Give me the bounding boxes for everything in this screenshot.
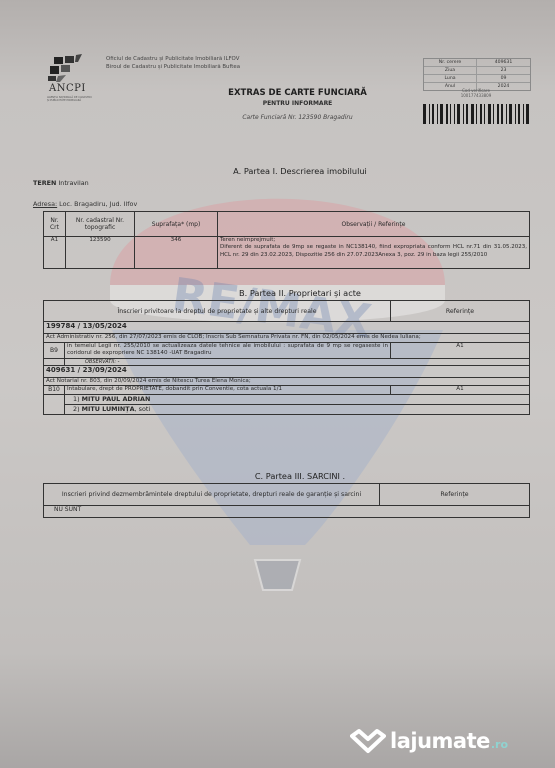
table-header-row: Înscrieri privitoare la dreptul de propr… <box>44 301 530 322</box>
verification-code: Cod verificare 100177433809 <box>423 88 529 98</box>
encumbrances-table: Inscrieri privind dezmembrămintele drept… <box>43 483 530 518</box>
entry-number-row: 199784 / 13/05/2024 <box>44 322 530 334</box>
part-c-heading: C. Partea III. SARCINI . <box>180 471 420 481</box>
table-row: B10 Intabulare, drept de PROPRIETATE, do… <box>44 386 530 395</box>
property-address: Adresa: Loc. Bragadiru, Jud. Ilfov <box>33 200 137 208</box>
observations-cell: Teren neimprejmuit;Diferent de suprafata… <box>218 237 530 269</box>
owners-acts-table: Înscrieri privitoare la dreptul de propr… <box>43 300 530 415</box>
ancpi-logo-text: ANCPI <box>49 83 86 94</box>
act-row: Act Notarial nr. 803, din 20/09/2024 emi… <box>44 377 530 386</box>
office-line-2: Biroul de Cadastru și Publicitate Imobil… <box>106 63 240 71</box>
owner-row: 1) MITU PAUL ADRIAN <box>44 394 530 404</box>
lajumate-watermark: lajumate.ro <box>350 728 508 754</box>
observations-row: OBSERVATII: - <box>44 358 530 365</box>
request-row-number: Nr. cerere409631 <box>424 59 530 67</box>
ancpi-logo-subtext: AGENȚIA NAȚIONALĂ DE CADASTRU ȘI PUBLICI… <box>47 96 93 102</box>
request-row-month: Luna09 <box>424 75 530 83</box>
document-subtitle: PENTRU INFORMARE <box>180 100 415 107</box>
act-row: Act Administrativ nr. 256, din 27/07/202… <box>44 334 530 343</box>
table-header-row: Nr. Crt Nr. cadastral Nr. topografic Sup… <box>44 212 530 237</box>
office-line-1: Oficiul de Cadastru și Publicitate Imobi… <box>106 55 240 63</box>
barcode-icon <box>423 104 529 124</box>
entry-number-row: 409631 / 23/09/2024 <box>44 365 530 377</box>
table-row: B9 in temeiul Legii nr. 255/2010 se actu… <box>44 342 530 358</box>
document-title: EXTRAS DE CARTE FUNCIARĂ <box>180 88 415 98</box>
owner-row: 2) MITU LUMINȚA, soti <box>44 404 530 414</box>
table-row: NU SUNT <box>44 506 530 518</box>
part-a-heading: A. Partea I. Descrierea imobilului <box>180 166 420 176</box>
land-registry-extract: ANCPI AGENȚIA NAȚIONALĂ DE CADASTRU ȘI P… <box>0 0 555 768</box>
property-type: TEREN Intravilan <box>33 179 89 187</box>
table-header-row: Inscrieri privind dezmembrămintele drept… <box>44 484 530 506</box>
office-name: Oficiul de Cadastru și Publicitate Imobi… <box>106 55 240 71</box>
property-description-table: Nr. Crt Nr. cadastral Nr. topografic Sup… <box>43 211 530 269</box>
carte-funciara-number: Carte Funciară Nr. 123590 Bragadiru <box>180 114 415 121</box>
part-b-heading: B. Partea II. Proprietari și acte <box>180 288 420 298</box>
request-row-day: Ziua23 <box>424 67 530 75</box>
handshake-heart-icon <box>350 728 386 754</box>
table-row: A1 123590 346 Teren neimprejmuit;Diferen… <box>44 237 530 269</box>
request-info-box: Nr. cerere409631 Ziua23 Luna09 Anul2024 <box>423 58 531 91</box>
